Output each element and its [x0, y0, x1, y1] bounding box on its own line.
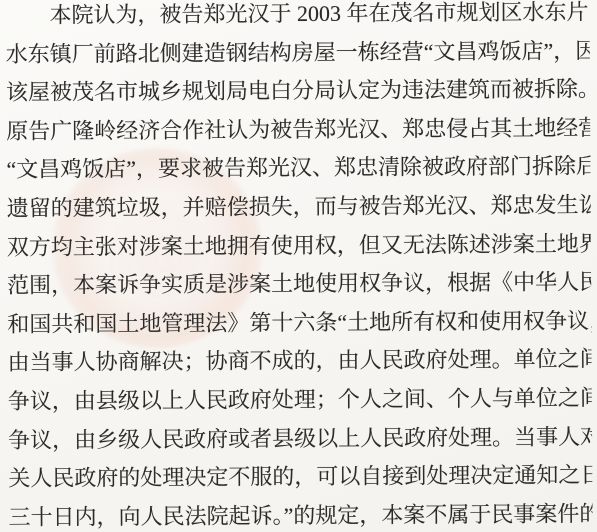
text-line: 争议，由乡级人民政府或者县级以上人民政府处理。当事人对有 [8, 418, 592, 460]
text-line: 本院认为，被告郑光汉于 2003 年在茂名市规划区水东片区 [5, 0, 589, 35]
text-line: 和国共和国土地管理法》第十六条“土地所有权和使用权争议， [7, 302, 591, 344]
text-line: 由当事人协商解决；协商不成的，由人民政府处理。单位之间的 [7, 341, 591, 383]
text-line: 范围，本案诉争实质是涉案土地使用权争议，根据《中华人民共 [7, 263, 591, 305]
text-line: 该屋被茂名市城乡规划局电白分局认定为违法建筑而被拆除。现 [6, 70, 590, 112]
text-line: 原告广隆岭经济合作社认为被告郑光汉、郑忠侵占其土地经营 [6, 109, 590, 151]
document-page: 本院认为，被告郑光汉于 2003 年在茂名市规划区水东片区 水东镇厂前路北侧建造… [0, 0, 597, 532]
text-line: 三十日内，向人民法院起诉。”的规定，本案不属于民事案件的 [8, 495, 592, 532]
text-line: 关人民政府的处理决定不服的，可以自接到处理决定通知之日起 [8, 456, 592, 498]
text-line: 水东镇厂前路北侧建造钢结构房屋一栋经营“文昌鸡饭店”，因 [6, 32, 590, 74]
text-line: 遗留的建筑垃圾，并赔偿损失，而与被告郑光汉、郑忠发生讼争。 [7, 186, 591, 228]
text-line: 争议，由县级以上人民政府处理；个人之间、个人与单位之间的 [8, 379, 592, 421]
text-line: 双方均主张对涉案土地拥有使用权，但又无法陈述涉案土地界至 [7, 225, 591, 267]
text-line: “文昌鸡饭店”，要求被告郑光汉、郑忠清除被政府部门拆除后 [6, 148, 590, 190]
judgment-text-block: 本院认为，被告郑光汉于 2003 年在茂名市规划区水东片区 水东镇厂前路北侧建造… [5, 0, 592, 532]
